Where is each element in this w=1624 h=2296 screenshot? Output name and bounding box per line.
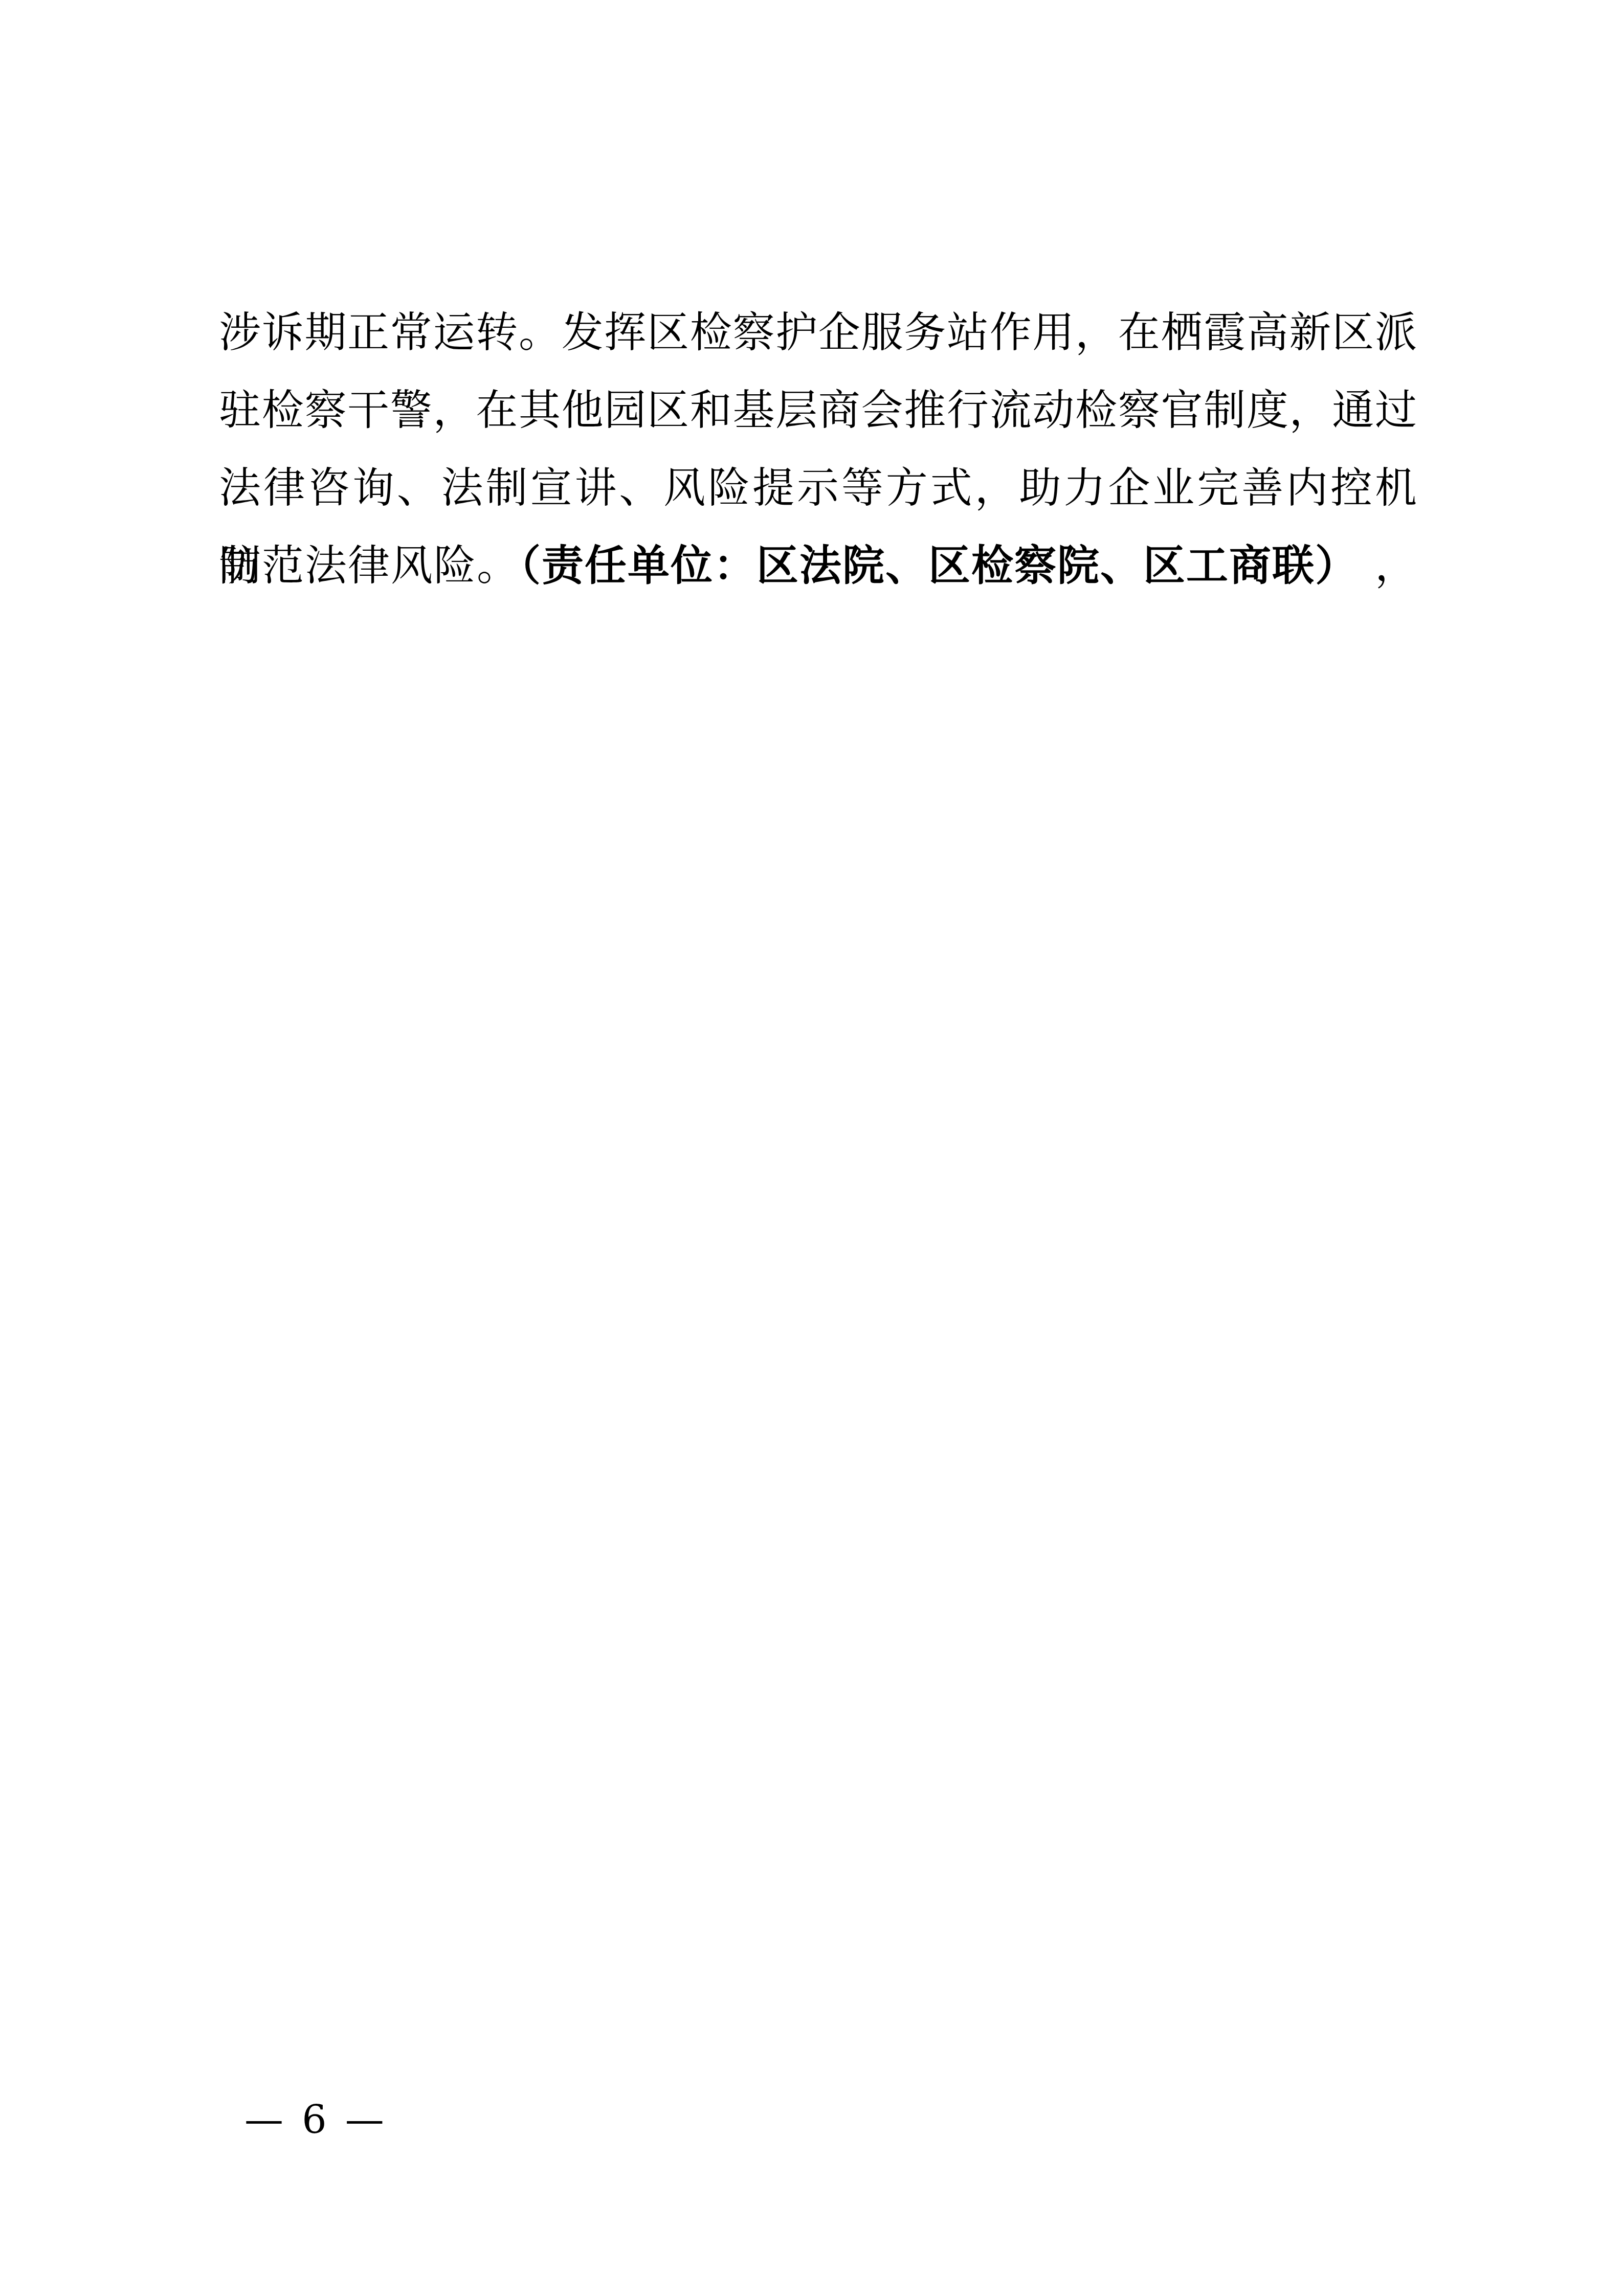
page-number: — 6 —: [244, 2097, 387, 2142]
responsible-unit-bold-text: （责任单位：区法院、区检察院、区工商联）: [520, 542, 1358, 590]
paragraph-line: 涉诉期正常运转。发挥区检察护企服务站作用，在栖霞高新区派: [219, 294, 1417, 372]
page-footer: — 6 —: [244, 2097, 387, 2143]
paragraph-line-1-text: 涉诉期正常运转。发挥区检察护企服务站作用，在栖霞高新区派: [219, 308, 1417, 357]
paragraph-line: 法律咨询、法制宣讲、风险提示等方式，助力企业完善内控机制，: [219, 449, 1417, 527]
paragraph-line-4-text: 防范法律风险。: [219, 542, 520, 590]
paragraph-block: 涉诉期正常运转。发挥区检察护企服务站作用，在栖霞高新区派 驻检察干警，在其他园区…: [219, 294, 1417, 605]
paragraph-line-2-text: 驻检察干警，在其他园区和基层商会推行流动检察官制度，通过: [219, 386, 1417, 435]
document-page: 涉诉期正常运转。发挥区检察护企服务站作用，在栖霞高新区派 驻检察干警，在其他园区…: [0, 0, 1624, 2296]
paragraph-line: 防范法律风险。（责任单位：区法院、区检察院、区工商联）: [219, 527, 1417, 605]
paragraph-line: 驻检察干警，在其他园区和基层商会推行流动检察官制度，通过: [219, 372, 1417, 449]
